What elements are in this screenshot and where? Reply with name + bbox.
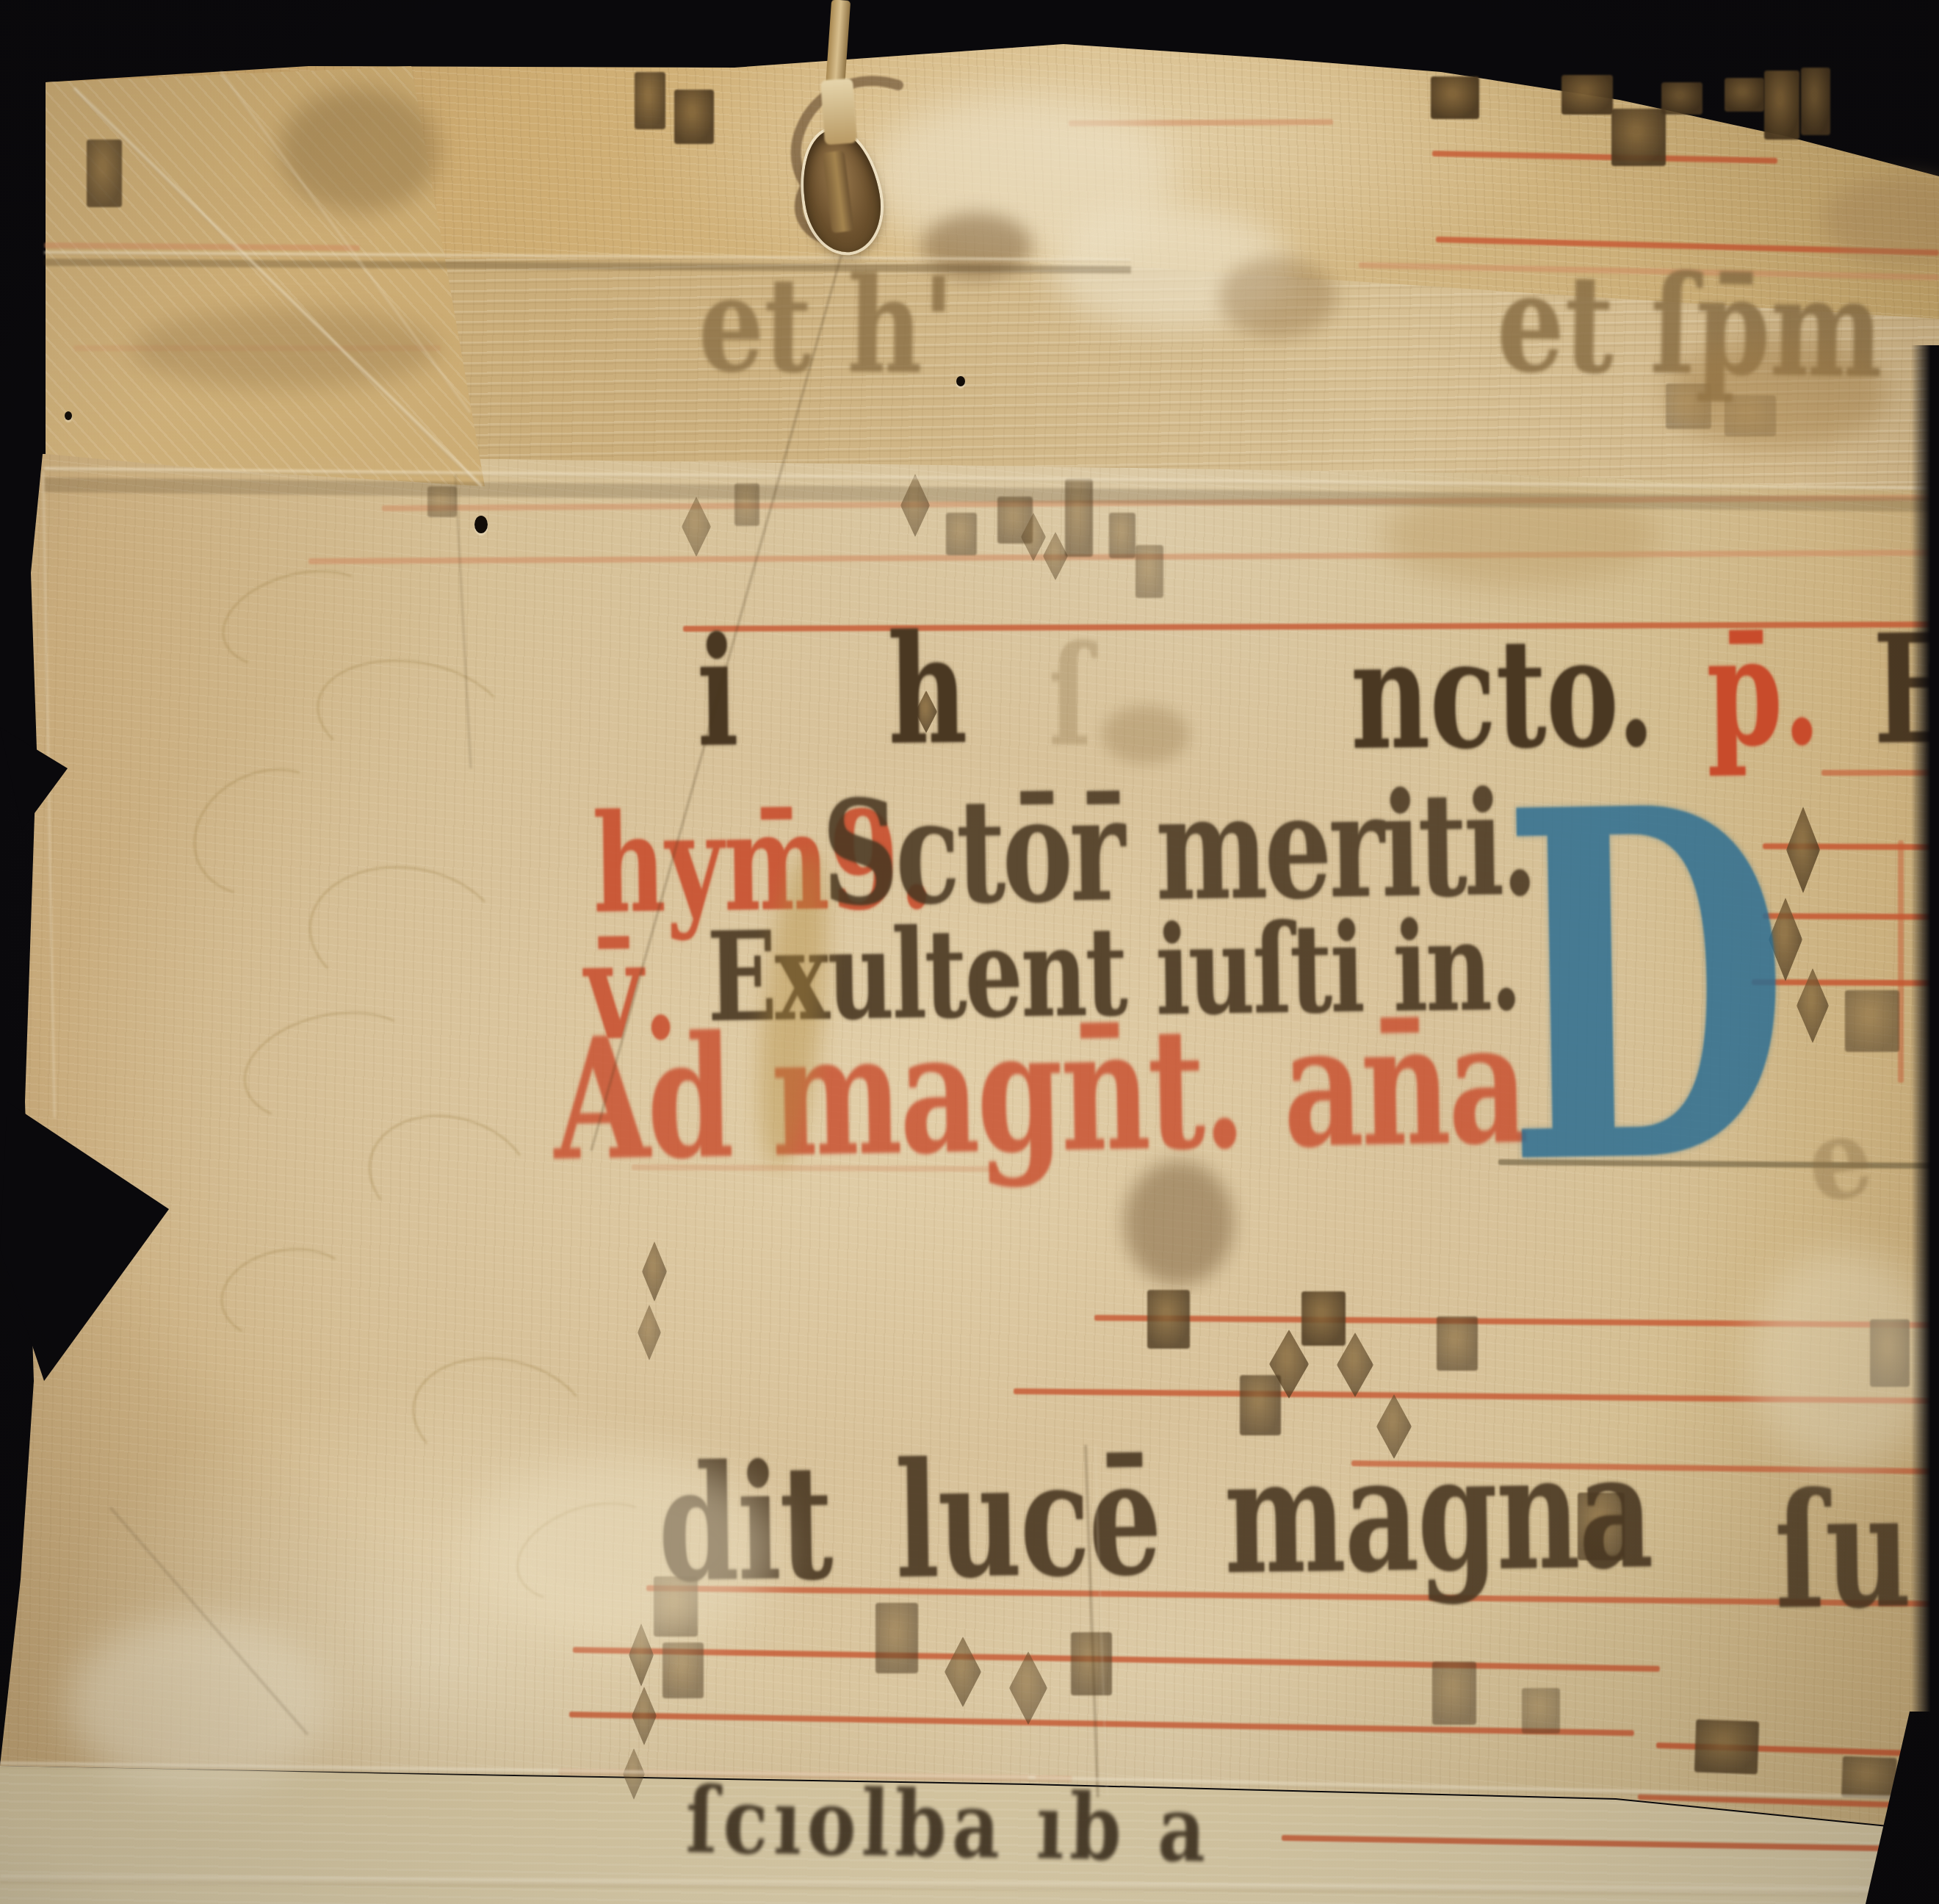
neume-square <box>87 140 122 207</box>
neume-square <box>946 513 977 555</box>
neume-square <box>1135 545 1163 598</box>
neume-square <box>1147 1290 1190 1349</box>
neume-square <box>1661 82 1703 115</box>
neume-square <box>1432 1662 1476 1725</box>
chant-line1-letter-h: h <box>887 615 968 765</box>
right-edge-gap <box>1911 345 1939 1770</box>
neume-square <box>674 90 714 144</box>
neume-square <box>734 483 759 526</box>
neume-square <box>1065 479 1093 557</box>
worm-hole <box>956 376 965 386</box>
neume-square <box>1870 1319 1910 1387</box>
neume-square <box>1071 1632 1112 1695</box>
fold-strip-text-left: et h' <box>698 259 954 392</box>
fold-strip-text-right: et ſp̄m <box>1496 255 1884 397</box>
illuminated-initial-D: D <box>1500 744 1794 1228</box>
neume-square <box>1841 1756 1897 1800</box>
chant-line1-faint-letter: ſ <box>1049 628 1092 765</box>
worm-hole <box>474 516 488 533</box>
chant-line5-text: dit lucē magna <box>657 1432 1653 1604</box>
neume-square <box>635 72 665 129</box>
neume-square <box>1694 1720 1759 1775</box>
staff-line-segment <box>73 345 441 351</box>
magnificat-rubric: Ad magn̄t. an̄a <box>552 1000 1527 1184</box>
neume-square <box>1845 990 1899 1052</box>
lower-leaf-ghost-text: ſcıolba ıb a <box>685 1776 1212 1876</box>
neume-square <box>1301 1291 1346 1346</box>
neume-square <box>1725 78 1764 112</box>
neume-square <box>1431 76 1479 119</box>
neume-square <box>662 1642 704 1698</box>
parchment-lace-knot <box>820 79 857 145</box>
neume-square <box>1109 513 1135 558</box>
neume-square <box>1437 1316 1478 1371</box>
neume-square <box>1522 1688 1560 1734</box>
manuscript-photo: et h' et ſp̄m i h ſ ncto. p̄. Et hym̄9. … <box>0 0 1939 1904</box>
neume-square <box>1561 75 1613 115</box>
neume-square <box>427 486 457 517</box>
neume-square <box>1801 68 1830 135</box>
chant-line5-su: ſu <box>1774 1471 1912 1631</box>
chant-line1-letter-i: i <box>696 617 739 767</box>
neume-square <box>1611 109 1666 166</box>
worm-hole <box>65 411 72 420</box>
neume-square <box>1764 71 1799 140</box>
